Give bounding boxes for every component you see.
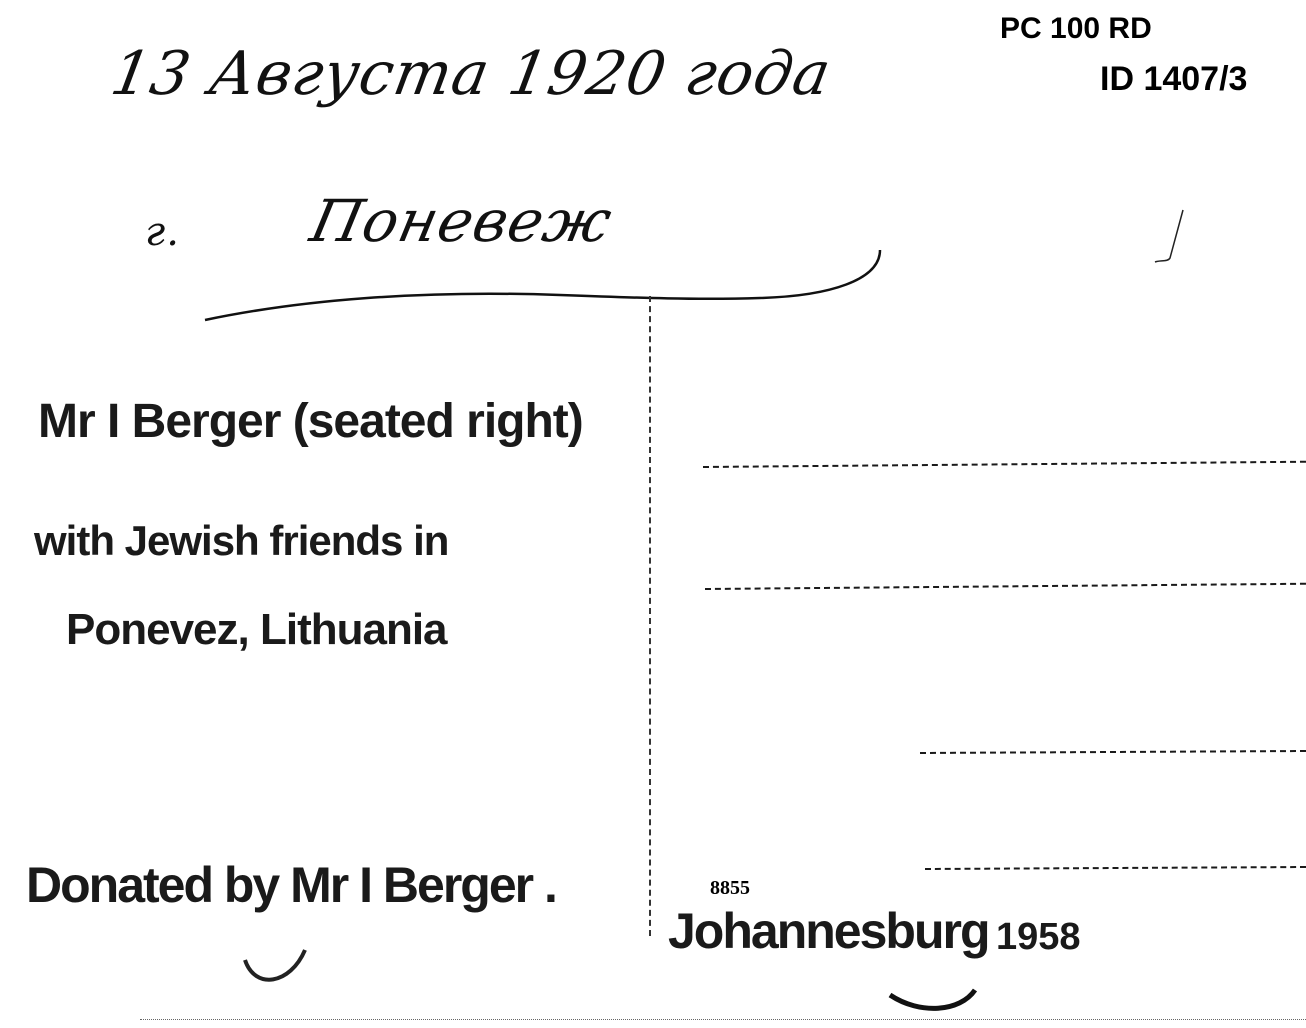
catalog-reference: PC 100 RD (1000, 14, 1152, 44)
address-line (920, 750, 1306, 754)
accession-number: 8855 (710, 878, 750, 898)
card-bottom-edge (140, 1019, 1306, 1020)
donation-note: Donated by Mr I Berger . (26, 860, 556, 910)
address-line (703, 461, 1306, 468)
caption-line-3: Ponevez, Lithuania (66, 608, 447, 652)
postcard-back: PC 100 RD ID 1407/3 13 Августа 1920 года… (0, 0, 1306, 1028)
catalog-id: ID 1407/3 (1100, 62, 1247, 96)
donation-year: 1958 (996, 918, 1081, 956)
place-name: Поневеж (306, 192, 617, 250)
russian-date-line: 13 Августа 1920 года (107, 44, 836, 104)
vertical-divider (649, 296, 651, 936)
donation-city: Johannesburg (668, 906, 988, 956)
caption-line-2: with Jewish friends in (34, 520, 448, 562)
caption-line-1: Mr I Berger (seated right) (38, 398, 583, 446)
address-line (705, 583, 1306, 590)
place-prefix: г. (145, 212, 180, 252)
address-line (925, 866, 1306, 870)
